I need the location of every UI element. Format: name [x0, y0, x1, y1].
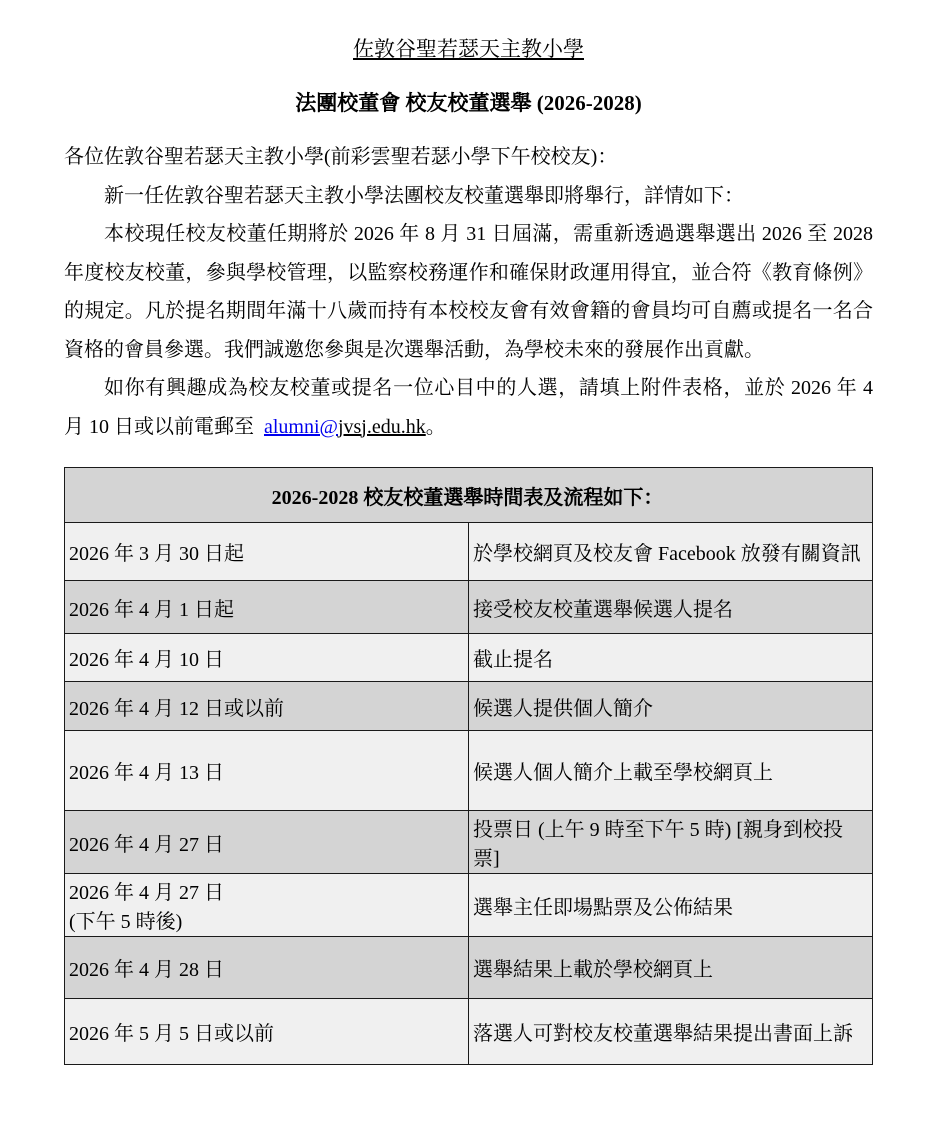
- table-row: 2026 年 4 月 27 日 投票日 (上午 9 時至下午 5 時) [親身到…: [65, 811, 873, 874]
- event-cell: 投票日 (上午 9 時至下午 5 時) [親身到校投票]: [469, 811, 873, 874]
- details-paragraph: 本校現任校友校董任期將於 2026 年 8 月 31 日屆滿，需重新透過選舉選出…: [64, 215, 873, 369]
- announcement-paragraph: 新一任佐敦谷聖若瑟天主教小學法團校友校董選舉即將舉行，詳情如下：: [64, 177, 873, 216]
- event-cell: 選舉結果上載於學校網頁上: [469, 937, 873, 999]
- table-row: 2026 年 4 月 13 日 候選人個人簡介上載至學校網頁上: [65, 731, 873, 811]
- invitation-text-before-email: 如你有興趣成為校友校董或提名一位心目中的人選，請填上附件表格，並於 2026 年…: [64, 377, 873, 438]
- table-row: 2026 年 4 月 10 日 截止提名: [65, 634, 873, 682]
- event-cell: 截止提名: [469, 634, 873, 682]
- date-cell: 2026 年 5 月 5 日或以前: [65, 999, 469, 1065]
- event-cell: 落選人可對校友校董選舉結果提出書面上訴: [469, 999, 873, 1065]
- event-cell: 候選人提供個人簡介: [469, 682, 873, 731]
- table-header-row: 2026-2028 校友校董選舉時間表及流程如下：: [65, 468, 873, 523]
- date-cell: 2026 年 4 月 12 日或以前: [65, 682, 469, 731]
- school-name-title: 佐敦谷聖若瑟天主教小學: [64, 34, 873, 64]
- date-cell: 2026 年 4 月 1 日起: [65, 581, 469, 634]
- table-row: 2026 年 3 月 30 日起 於學校網頁及校友會 Facebook 放發有關…: [65, 523, 873, 581]
- invitation-text-after-email: 。: [426, 416, 446, 438]
- document-page: 佐敦谷聖若瑟天主教小學 法團校董會 校友校董選舉 (2026-2028) 各位佐…: [0, 0, 936, 1145]
- salutation-line: 各位佐敦谷聖若瑟天主教小學(前彩雲聖若瑟小學下午校校友)：: [64, 138, 873, 177]
- date-cell: 2026 年 4 月 13 日: [65, 731, 469, 811]
- letter-body: 各位佐敦谷聖若瑟天主教小學(前彩雲聖若瑟小學下午校校友)： 新一任佐敦谷聖若瑟天…: [64, 138, 873, 446]
- table-row: 2026 年 4 月 28 日 選舉結果上載於學校網頁上: [65, 937, 873, 999]
- date-cell: 2026 年 4 月 10 日: [65, 634, 469, 682]
- event-cell: 選舉主任即場點票及公佈結果: [469, 874, 873, 937]
- date-cell: 2026 年 4 月 27 日 (下午 5 時後): [65, 874, 469, 937]
- date-cell: 2026 年 3 月 30 日起: [65, 523, 469, 581]
- email-domain-text: jvsj.edu.hk: [338, 416, 426, 438]
- table-header: 2026-2028 校友校董選舉時間表及流程如下：: [65, 468, 873, 523]
- event-cell: 候選人個人簡介上載至學校網頁上: [469, 731, 873, 811]
- table-row: 2026 年 4 月 1 日起 接受校友校董選舉候選人提名: [65, 581, 873, 634]
- email-link[interactable]: alumni@: [264, 416, 338, 438]
- table-row: 2026 年 4 月 12 日或以前 候選人提供個人簡介: [65, 682, 873, 731]
- election-subtitle: 法團校董會 校友校董選舉 (2026-2028): [64, 88, 873, 118]
- table-row: 2026 年 4 月 27 日 (下午 5 時後) 選舉主任即場點票及公佈結果: [65, 874, 873, 937]
- date-cell: 2026 年 4 月 27 日: [65, 811, 469, 874]
- table-row: 2026 年 5 月 5 日或以前 落選人可對校友校董選舉結果提出書面上訴: [65, 999, 873, 1065]
- invitation-paragraph: 如你有興趣成為校友校董或提名一位心目中的人選，請填上附件表格，並於 2026 年…: [64, 369, 873, 446]
- event-cell: 於學校網頁及校友會 Facebook 放發有關資訊: [469, 523, 873, 581]
- election-schedule-table: 2026-2028 校友校董選舉時間表及流程如下： 2026 年 3 月 30 …: [64, 467, 873, 1065]
- date-cell: 2026 年 4 月 28 日: [65, 937, 469, 999]
- event-cell: 接受校友校董選舉候選人提名: [469, 581, 873, 634]
